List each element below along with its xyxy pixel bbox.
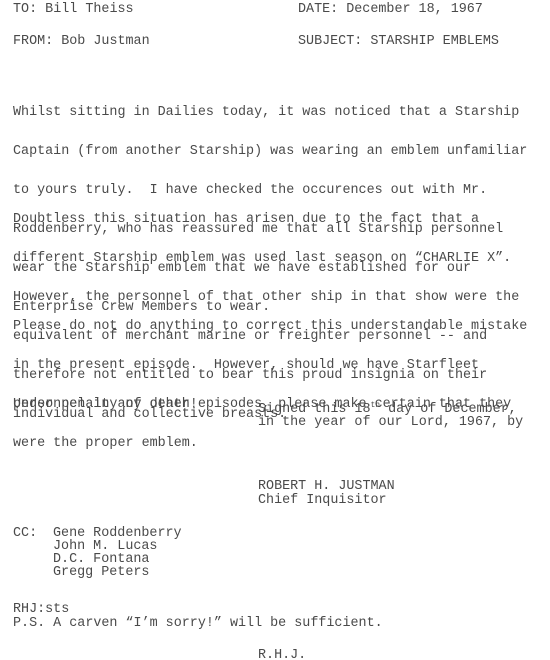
postscript: P.S. A carven “I’m sorry!” will be suffi…	[13, 617, 383, 630]
cc-list: Gene Roddenberry John M. Lucas D.C. Font…	[53, 527, 182, 579]
from-line: FROM: Bob Justman	[13, 35, 150, 48]
date-line: DATE: December 18, 1967	[298, 3, 483, 16]
subject-line: SUBJECT: STARSHIP EMBLEMS	[298, 35, 499, 48]
to-line: TO: Bill Theiss	[13, 3, 134, 16]
date-value: December 18, 1967	[346, 2, 483, 17]
paragraph-line: were the proper emblem.	[13, 437, 527, 450]
cc-name: Gregg Peters	[53, 566, 182, 579]
subject-label: SUBJECT:	[298, 34, 362, 49]
closing-line: Under penalty of death!	[13, 398, 198, 411]
to-value: Bill Theiss	[45, 2, 133, 17]
paragraph-line: Captain (from another Starship) was wear…	[13, 145, 527, 158]
to-label: TO:	[13, 2, 37, 17]
reference-initials: RHJ:sts	[13, 603, 69, 616]
subject-value: STARSHIP EMBLEMS	[370, 34, 499, 49]
paragraph-line: Whilst sitting in Dailies today, it was …	[13, 106, 527, 119]
date-label: DATE:	[298, 2, 338, 17]
signed-line-2: in the year of our Lord, 1967, by	[258, 416, 523, 429]
ordinal-suffix: th	[371, 401, 381, 410]
from-label: FROM:	[13, 34, 53, 49]
signature-name: ROBERT H. JUSTMAN	[258, 480, 395, 493]
paragraph-line: different Starship emblem was used last …	[13, 252, 519, 265]
paragraph-line: Doubtless this situation has arisen due …	[13, 213, 519, 226]
signature-title: Chief Inquisitor	[258, 494, 387, 507]
closing-initials: R.H.J.	[258, 649, 306, 660]
paragraph-line: Please do not do anything to correct thi…	[13, 320, 527, 333]
paragraph-line: in the present episode. However, should …	[13, 359, 527, 372]
from-value: Bob Justman	[61, 34, 149, 49]
cc-label: CC:	[13, 527, 37, 540]
paragraph-4: Under penalty of death!	[13, 372, 198, 424]
